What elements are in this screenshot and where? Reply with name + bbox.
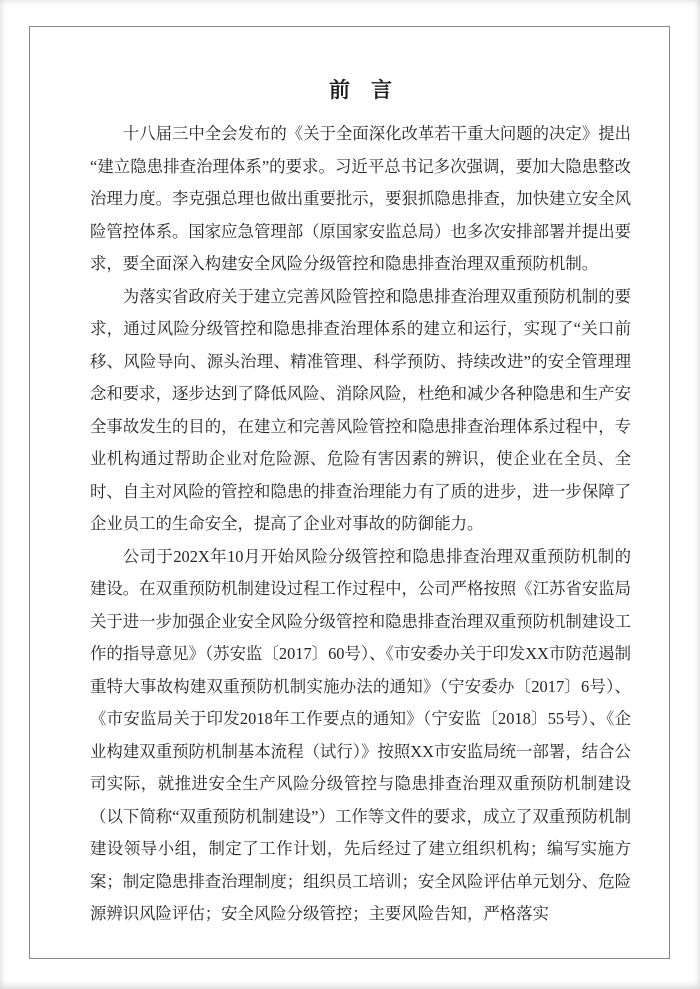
preface-paragraph-2: 为落实省政府关于建立完善风险管控和隐患排查治理双重预防机制的要求，通过风险分级管… [90,281,631,541]
page-title: 前 言 [90,76,631,104]
preface-paragraph-3: 公司于202X年10月开始风险分级管控和隐患排查治理双重预防机制的建设。在双重预… [90,541,631,931]
preface-paragraph-1: 十八届三中全会发布的《关于全面深化改革若干重大问题的决定》提出“建立隐患排查治理… [90,118,631,281]
page-content: 前 言 十八届三中全会发布的《关于全面深化改革若干重大问题的决定》提出“建立隐患… [90,76,631,931]
document-page: 前 言 十八届三中全会发布的《关于全面深化改革若干重大问题的决定》提出“建立隐患… [0,0,700,989]
